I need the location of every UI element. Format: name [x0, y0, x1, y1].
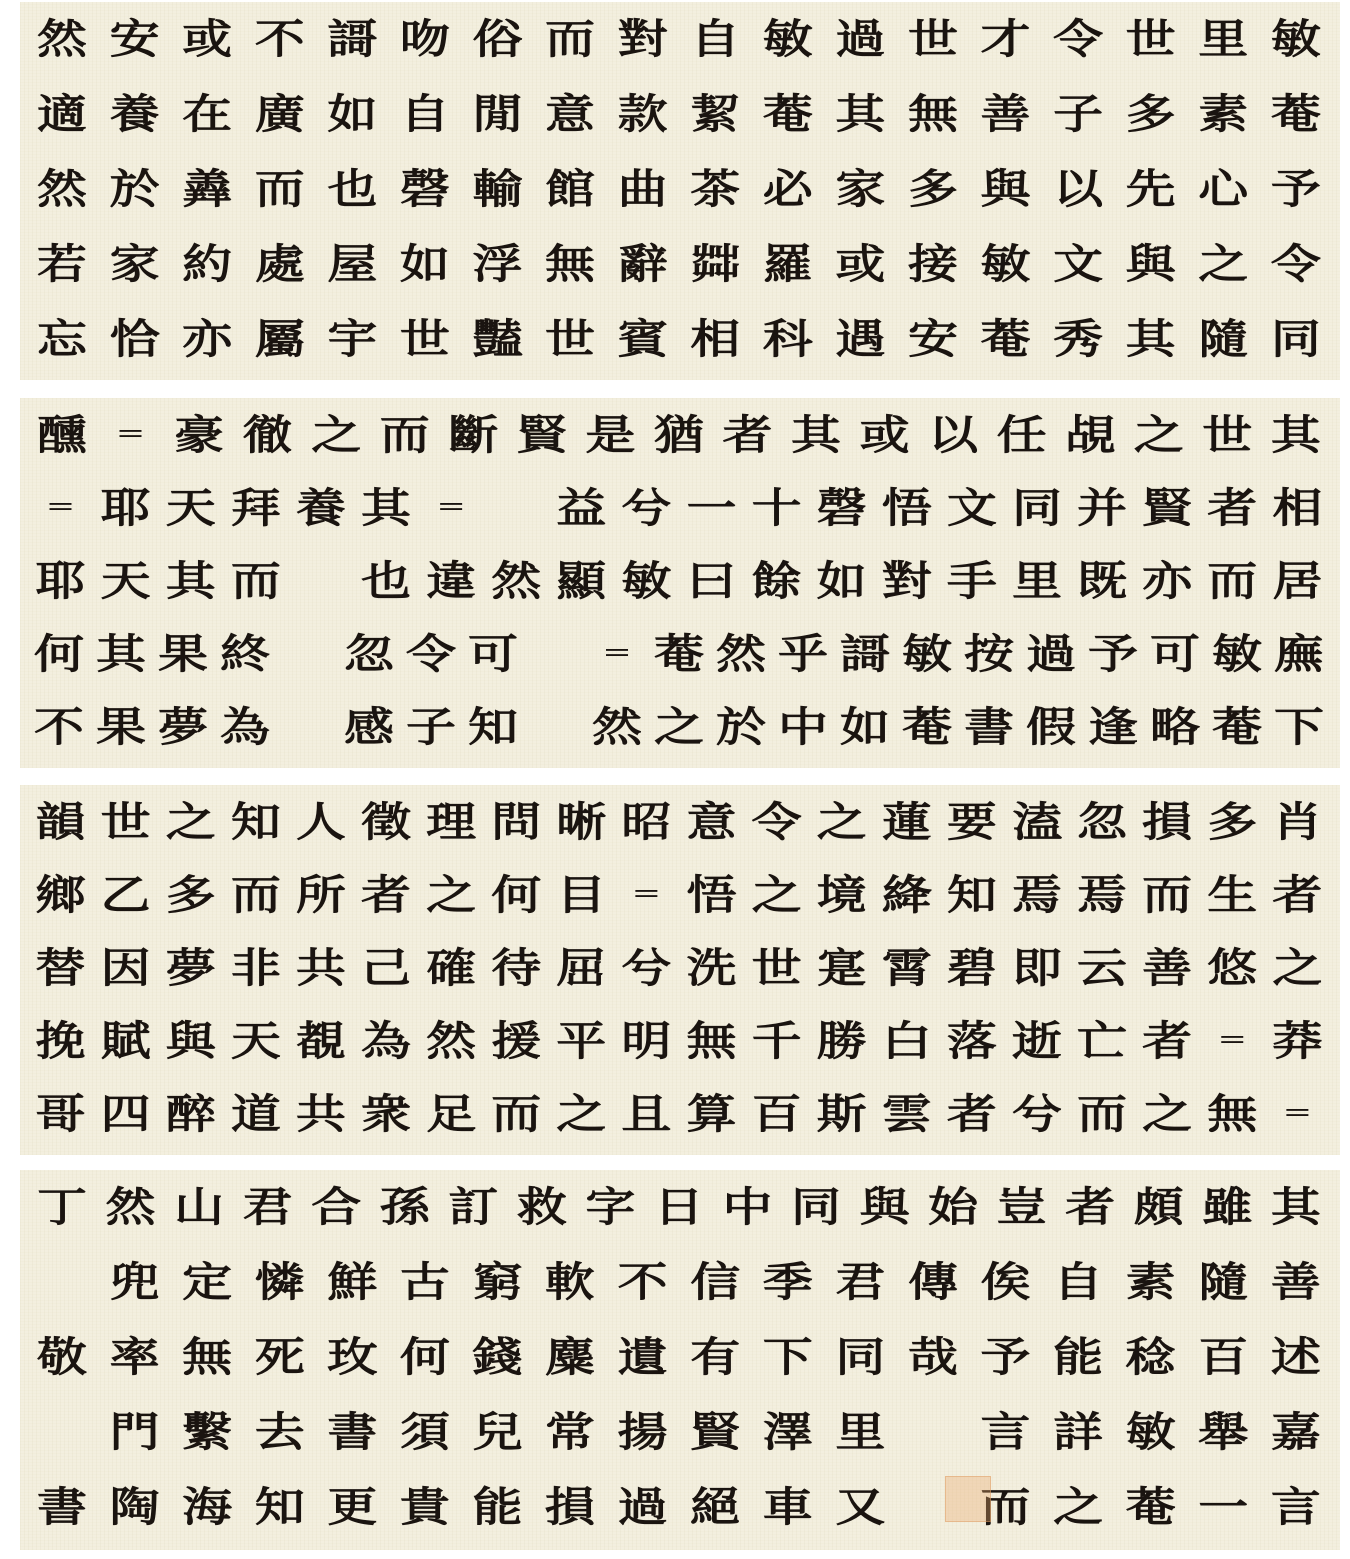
calligraphy-character: 兮	[614, 939, 679, 996]
calligraphy-character: 多	[1200, 793, 1265, 850]
calligraphy-character: 合	[302, 1178, 370, 1235]
calligraphy-character: 舉	[1189, 1403, 1257, 1460]
calligraphy-character: 按	[958, 625, 1020, 682]
calligraphy-character: 素	[1117, 1253, 1185, 1310]
calligraphy-character: 斷	[439, 406, 507, 463]
calligraphy-character: 其	[826, 85, 894, 142]
calligraphy-character: 死	[246, 1328, 314, 1385]
calligraphy-character: 以	[1044, 160, 1112, 217]
calligraphy-character: 敬	[28, 1328, 96, 1385]
calligraphy-character: 雲	[874, 1085, 939, 1142]
calligraphy-character: 之	[744, 866, 809, 923]
calligraphy-character: ＝	[614, 866, 679, 923]
calligraphy-character: 其	[90, 625, 152, 682]
calligraphy-character: 乎	[772, 625, 834, 682]
calligraphy-character: 兜	[101, 1253, 169, 1310]
calligraphy-character: 者	[1135, 1012, 1200, 1069]
calligraphy-character: 知	[939, 866, 1004, 923]
calligraphy-character: 忽	[338, 625, 400, 682]
calligraphy-character: 即	[1004, 939, 1069, 996]
text-row: 何其果終 忽令可 ＝菴然乎謌敏按過予可敏廡	[20, 619, 1340, 689]
calligraphy-character: 之	[1265, 939, 1330, 996]
calligraphy-character: 書	[318, 1403, 386, 1460]
calligraphy-character: 善	[1135, 939, 1200, 996]
calligraphy-character: 意	[536, 85, 604, 142]
calligraphy-character: 溘	[1004, 793, 1069, 850]
calligraphy-character: 同	[826, 1328, 894, 1385]
calligraphy-character: 共	[288, 1085, 353, 1142]
calligraphy-character: 秀	[1044, 310, 1112, 367]
calligraphy-character: 安	[899, 310, 967, 367]
calligraphy-character: 悠	[1200, 939, 1265, 996]
calligraphy-panel-4: 丁然山君合孫訂救字日中同與始豈者頗雖其 兜定憐鮮古窮軟不信季君傳俟自素隨善 敬率…	[20, 1170, 1340, 1550]
calligraphy-character: 遇	[826, 310, 894, 367]
calligraphy-character: 哥	[28, 1085, 93, 1142]
calligraphy-character: ＝	[97, 406, 165, 463]
calligraphy-character: 落	[939, 1012, 1004, 1069]
calligraphy-character: 問	[484, 793, 549, 850]
calligraphy-character: 十	[744, 479, 809, 536]
text-row: 書陶海知更貴能損過絕車又 而之菴一言	[20, 1472, 1340, 1542]
calligraphy-character: 之	[648, 698, 710, 755]
calligraphy-character: 賢	[1135, 479, 1200, 536]
calligraphy-character: 輸	[463, 160, 531, 217]
calligraphy-character: 與	[851, 1178, 919, 1235]
calligraphy-character: 無	[173, 1328, 241, 1385]
text-row: 醺＝豪徹之而斷賢是猶者其或以任覘之世其	[20, 400, 1340, 470]
calligraphy-character: 始	[919, 1178, 987, 1235]
calligraphy-character: 不	[609, 1253, 677, 1310]
calligraphy-character: 猶	[645, 406, 713, 463]
calligraphy-character: 須	[391, 1403, 459, 1460]
calligraphy-character: 同	[782, 1178, 850, 1235]
calligraphy-character: 門	[101, 1403, 169, 1460]
calligraphy-character: 軟	[536, 1253, 604, 1310]
calligraphy-character: 其	[1262, 1178, 1330, 1235]
calligraphy-character: 文	[1044, 235, 1112, 292]
calligraphy-character: 言	[1262, 1478, 1330, 1535]
calligraphy-character: 曰	[679, 552, 744, 609]
calligraphy-panel-3: 韻世之知人徵理問晰昭意令之蓮要溘忽損多肖 鄉乙多而所者之何目＝悟之境絳知焉焉而生…	[20, 785, 1340, 1155]
calligraphy-character: 其	[1262, 406, 1330, 463]
calligraphy-character: 略	[1144, 698, 1206, 755]
calligraphy-character: 車	[754, 1478, 822, 1535]
calligraphy-character: 敏	[754, 10, 822, 67]
calligraphy-character: ＝	[1265, 1085, 1330, 1142]
calligraphy-character: 而	[246, 160, 314, 217]
calligraphy-character: 能	[463, 1478, 531, 1535]
calligraphy-character: 隨	[1189, 310, 1257, 367]
calligraphy-character: 洗	[679, 939, 744, 996]
calligraphy-character: 家	[101, 235, 169, 292]
calligraphy-panel-1: 然安或不謌吻俗而對自敏過世才令世里敏 適養在廣如自閒意款絜菴其無善子多素菴 然於…	[20, 2, 1340, 380]
calligraphy-character: 知	[462, 698, 524, 755]
calligraphy-character: 才	[972, 10, 1040, 67]
calligraphy-character: 自	[391, 85, 459, 142]
calligraphy-character: 昭	[614, 793, 679, 850]
calligraphy-character: 亦	[1135, 552, 1200, 609]
calligraphy-character: 衆	[353, 1085, 418, 1142]
calligraphy-character: 者	[1056, 1178, 1124, 1235]
calligraphy-character: 自	[1044, 1253, 1112, 1310]
calligraphy-character: 世	[1117, 10, 1185, 67]
calligraphy-character: 賢	[508, 406, 576, 463]
calligraphy-character: 世	[744, 939, 809, 996]
calligraphy-character: 待	[484, 939, 549, 996]
calligraphy-character: 醺	[28, 406, 96, 463]
calligraphy-character: 多	[899, 160, 967, 217]
calligraphy-character: 終	[214, 625, 276, 682]
calligraphy-character: 里	[1004, 552, 1069, 609]
calligraphy-character: 多	[1117, 85, 1185, 142]
calligraphy-character: 敏	[972, 235, 1040, 292]
calligraphy-character: 詳	[1044, 1403, 1112, 1460]
calligraphy-character: 世	[899, 10, 967, 67]
calligraphy-character: 悟	[679, 866, 744, 923]
calligraphy-character: 之	[809, 793, 874, 850]
calligraphy-character: 顯	[549, 552, 614, 609]
calligraphy-character: 信	[681, 1253, 749, 1310]
calligraphy-character: 或	[173, 10, 241, 67]
calligraphy-character: 敏	[896, 625, 958, 682]
calligraphy-character: 之	[1125, 406, 1193, 463]
text-row: 丁然山君合孫訂救字日中同與始豈者頗雖其	[20, 1172, 1340, 1242]
calligraphy-character: 家	[826, 160, 894, 217]
calligraphy-character: 辭	[609, 235, 677, 292]
calligraphy-character: 蓮	[874, 793, 939, 850]
calligraphy-character: ＝	[1200, 1012, 1265, 1069]
calligraphy-character: 心	[1189, 160, 1257, 217]
text-row: 耶天其而 也違然顯敏曰餘如對手里既亦而居	[20, 546, 1340, 616]
calligraphy-character: ＝	[28, 479, 93, 536]
calligraphy-character: 感	[338, 698, 400, 755]
calligraphy-character: 與	[972, 160, 1040, 217]
text-row: 鄉乙多而所者之何目＝悟之境絳知焉焉而生者	[20, 860, 1340, 930]
calligraphy-character: 謌	[318, 10, 386, 67]
text-row: 不果夢為 感子知 然之於中如菴書假逢略菴下	[20, 692, 1340, 762]
calligraphy-character: 足	[419, 1085, 484, 1142]
calligraphy-character: 悟	[874, 479, 939, 536]
calligraphy-character: 百	[744, 1085, 809, 1142]
calligraphy-character: 霄	[874, 939, 939, 996]
calligraphy-character: 俗	[463, 10, 531, 67]
calligraphy-character: 不	[28, 698, 90, 755]
calligraphy-character: 菴	[1206, 698, 1268, 755]
text-row: 若家約處屋如浮無辭茻羅或接敏文與之令	[20, 229, 1340, 299]
calligraphy-character: 莽	[1265, 1012, 1330, 1069]
calligraphy-character: 接	[899, 235, 967, 292]
calligraphy-character: 以	[919, 406, 987, 463]
calligraphy-character: 廣	[246, 85, 314, 142]
calligraphy-character: 之	[1189, 235, 1257, 292]
calligraphy-character: 徹	[234, 406, 302, 463]
calligraphy-character: 世	[536, 310, 604, 367]
calligraphy-character: 道	[223, 1085, 288, 1142]
calligraphy-character: 日	[645, 1178, 713, 1235]
calligraphy-character: 可	[1144, 625, 1206, 682]
calligraphy-character: 山	[165, 1178, 233, 1235]
calligraphy-character: 一	[679, 479, 744, 536]
calligraphy-character: 君	[234, 1178, 302, 1235]
calligraphy-character: 天	[158, 479, 223, 536]
calligraphy-character: 絳	[874, 866, 939, 923]
calligraphy-character: 韻	[28, 793, 93, 850]
calligraphy-character: 因	[93, 939, 158, 996]
calligraphy-character: 令	[1044, 10, 1112, 67]
calligraphy-character: 豔	[463, 310, 531, 367]
calligraphy-character: 然	[419, 1012, 484, 1069]
calligraphy-character: 并	[1070, 479, 1135, 536]
calligraphy-character: 里	[1189, 10, 1257, 67]
calligraphy-character: 之	[1135, 1085, 1200, 1142]
calligraphy-character: 然	[97, 1178, 165, 1235]
text-row: 忘恰亦屬宇世豔世賓相科遇安菴秀其隨同	[20, 304, 1340, 374]
calligraphy-character: 無	[536, 235, 604, 292]
calligraphy-character: 徵	[353, 793, 418, 850]
calligraphy-character: 境	[809, 866, 874, 923]
calligraphy-character: 憐	[246, 1253, 314, 1310]
calligraphy-character: 算	[679, 1085, 744, 1142]
calligraphy-character: 者	[939, 1085, 1004, 1142]
calligraphy-character: 損	[1135, 793, 1200, 850]
calligraphy-character: 如	[318, 85, 386, 142]
calligraphy-character: 於	[101, 160, 169, 217]
calligraphy-character: 乙	[93, 866, 158, 923]
calligraphy-character: 寔	[809, 939, 874, 996]
text-row: 挽賦與天覩為然援平明無千勝白落逝亡者＝莽	[20, 1006, 1340, 1076]
calligraphy-character: 無	[679, 1012, 744, 1069]
calligraphy-character: 善	[972, 85, 1040, 142]
calligraphy-character: 然	[28, 160, 96, 217]
calligraphy-character: 所	[288, 866, 353, 923]
calligraphy-character: 繫	[173, 1403, 241, 1460]
calligraphy-character: 千	[744, 1012, 809, 1069]
calligraphy-character: 焉	[1004, 866, 1069, 923]
text-row: 適養在廣如自閒意款絜菴其無善子多素菴	[20, 79, 1340, 149]
calligraphy-character: 逢	[1082, 698, 1144, 755]
calligraphy-character: 嘉	[1262, 1403, 1330, 1460]
calligraphy-character: 何	[391, 1328, 459, 1385]
calligraphy-character: 更	[318, 1478, 386, 1535]
calligraphy-character: 予	[972, 1328, 1040, 1385]
calligraphy-character: 款	[609, 85, 677, 142]
calligraphy-character: 覘	[1056, 406, 1124, 463]
calligraphy-character: 羅	[754, 235, 822, 292]
calligraphy-character: 賦	[93, 1012, 158, 1069]
calligraphy-character: 過	[1020, 625, 1082, 682]
calligraphy-character: 己	[353, 939, 418, 996]
calligraphy-character: 救	[508, 1178, 576, 1235]
calligraphy-character: 鮮	[318, 1253, 386, 1310]
text-row: 兜定憐鮮古窮軟不信季君傳俟自素隨善	[20, 1247, 1340, 1317]
calligraphy-character: 處	[246, 235, 314, 292]
calligraphy-character: 遺	[609, 1328, 677, 1385]
calligraphy-character: 逝	[1004, 1012, 1069, 1069]
calligraphy-character: 天	[223, 1012, 288, 1069]
calligraphy-character: 菴	[1117, 1478, 1185, 1535]
calligraphy-character: 若	[28, 235, 96, 292]
calligraphy-character: 中	[772, 698, 834, 755]
calligraphy-character: 要	[939, 793, 1004, 850]
calligraphy-character: 而	[223, 552, 288, 609]
calligraphy-character: 雖	[1193, 1178, 1261, 1235]
calligraphy-character: 適	[28, 85, 96, 142]
text-row: 門繫去書須兒常揚賢澤里 言詳敏舉嘉	[20, 1397, 1340, 1467]
calligraphy-character: 貴	[391, 1478, 459, 1535]
calligraphy-character: 違	[419, 552, 484, 609]
calligraphy-character: 然	[710, 625, 772, 682]
calligraphy-character: 玫	[318, 1328, 386, 1385]
calligraphy-character: 為	[214, 698, 276, 755]
calligraphy-character: 果	[152, 625, 214, 682]
calligraphy-character: 菴	[1262, 85, 1330, 142]
calligraphy-character: 而	[1135, 866, 1200, 923]
calligraphy-character: 絜	[681, 85, 749, 142]
calligraphy-character: ＝	[419, 479, 484, 536]
calligraphy-character: 拜	[223, 479, 288, 536]
calligraphy-character: 知	[246, 1478, 314, 1535]
calligraphy-character: 共	[288, 939, 353, 996]
calligraphy-character: 益	[549, 479, 614, 536]
calligraphy-character: 假	[1020, 698, 1082, 755]
calligraphy-character: 世	[391, 310, 459, 367]
calligraphy-character: 任	[988, 406, 1056, 463]
calligraphy-character: 賢	[681, 1403, 749, 1460]
calligraphy-character: 也	[353, 552, 418, 609]
calligraphy-character: 澤	[754, 1403, 822, 1460]
calligraphy-character: 書	[958, 698, 1020, 755]
calligraphy-character: 世	[1193, 406, 1261, 463]
calligraphy-character: 生	[1200, 866, 1265, 923]
calligraphy-character: 俟	[972, 1253, 1040, 1310]
calligraphy-character: 者	[353, 866, 418, 923]
calligraphy-character: 字	[576, 1178, 644, 1235]
calligraphy-character: 書	[28, 1478, 96, 1535]
calligraphy-character: 者	[713, 406, 781, 463]
calligraphy-character: 然	[484, 552, 549, 609]
calligraphy-character: 約	[173, 235, 241, 292]
calligraphy-character: 其	[782, 406, 850, 463]
calligraphy-panel-2: 醺＝豪徹之而斷賢是猶者其或以任覘之世其 ＝耶天拜養其＝ 益兮一十磬悟文同并賢者相…	[20, 398, 1340, 768]
calligraphy-character: 於	[710, 698, 772, 755]
calligraphy-character: 言	[972, 1403, 1040, 1460]
calligraphy-character: 率	[101, 1328, 169, 1385]
calligraphy-character: 敏	[1117, 1403, 1185, 1460]
calligraphy-character: 陶	[101, 1478, 169, 1535]
calligraphy-character: 亡	[1070, 1012, 1135, 1069]
calligraphy-character: 其	[1117, 310, 1185, 367]
calligraphy-character: 兮	[1004, 1085, 1069, 1142]
calligraphy-character: 晰	[549, 793, 614, 850]
calligraphy-character: 而	[223, 866, 288, 923]
calligraphy-character: 而	[1200, 552, 1265, 609]
calligraphy-character: 非	[223, 939, 288, 996]
calligraphy-character: 菴	[754, 85, 822, 142]
calligraphy-character: 海	[173, 1478, 241, 1535]
calligraphy-character: 賓	[609, 310, 677, 367]
text-row: ＝耶天拜養其＝ 益兮一十磬悟文同并賢者相	[20, 473, 1340, 543]
calligraphy-character: 者	[1265, 866, 1330, 923]
calligraphy-character: 謌	[834, 625, 896, 682]
calligraphy-character: 科	[754, 310, 822, 367]
calligraphy-character: 予	[1082, 625, 1144, 682]
calligraphy-character: 或	[826, 235, 894, 292]
calligraphy-character: 訂	[439, 1178, 507, 1235]
calligraphy-character: 去	[246, 1403, 314, 1460]
calligraphy-character: 君	[826, 1253, 894, 1310]
calligraphy-character: 然	[586, 698, 648, 755]
calligraphy-character: 夢	[152, 698, 214, 755]
calligraphy-character: 覩	[288, 1012, 353, 1069]
calligraphy-character: 麋	[536, 1328, 604, 1385]
calligraphy-character: 耶	[28, 552, 93, 609]
calligraphy-character: 人	[288, 793, 353, 850]
calligraphy-character: 菴	[896, 698, 958, 755]
calligraphy-character: 菴	[972, 310, 1040, 367]
calligraphy-character: 季	[754, 1253, 822, 1310]
calligraphy-character: 敏	[614, 552, 679, 609]
calligraphy-character: 善	[1262, 1253, 1330, 1310]
text-row: 然安或不謌吻俗而對自敏過世才令世里敏	[20, 4, 1340, 74]
calligraphy-character: 世	[93, 793, 158, 850]
calligraphy-character: 亦	[173, 310, 241, 367]
calligraphy-character: 可	[462, 625, 524, 682]
calligraphy-character: 下	[754, 1328, 822, 1385]
calligraphy-character: 常	[536, 1403, 604, 1460]
calligraphy-character: 而	[371, 406, 439, 463]
calligraphy-character: 其	[158, 552, 223, 609]
calligraphy-character: 也	[318, 160, 386, 217]
calligraphy-character: 定	[173, 1253, 241, 1310]
calligraphy-character: 一	[1189, 1478, 1257, 1535]
calligraphy-character: 既	[1070, 552, 1135, 609]
calligraphy-character: 必	[754, 160, 822, 217]
calligraphy-character: 揚	[609, 1403, 677, 1460]
calligraphy-character: 是	[576, 406, 644, 463]
calligraphy-character: 閒	[463, 85, 531, 142]
calligraphy-character: 館	[536, 160, 604, 217]
calligraphy-character: 平	[549, 1012, 614, 1069]
calligraphy-character: 隨	[1189, 1253, 1257, 1310]
calligraphy-character: 中	[713, 1178, 781, 1235]
calligraphy-character: 在	[173, 85, 241, 142]
calligraphy-character: 與	[1117, 235, 1185, 292]
calligraphy-character: 者	[1200, 479, 1265, 536]
calligraphy-character: 白	[874, 1012, 939, 1069]
calligraphy-character: 予	[1262, 160, 1330, 217]
calligraphy-character: 斯	[809, 1085, 874, 1142]
calligraphy-character: 然	[28, 10, 96, 67]
text-row: 韻世之知人徵理問晰昭意令之蓮要溘忽損多肖	[20, 787, 1340, 857]
calligraphy-character: 令	[1262, 235, 1330, 292]
calligraphy-character: 磬	[391, 160, 459, 217]
text-row: 然於羴而也磬輸館曲茶必家多與以先心予	[20, 154, 1340, 224]
calligraphy-character: 確	[419, 939, 484, 996]
calligraphy-character: 養	[288, 479, 353, 536]
calligraphy-character: 援	[484, 1012, 549, 1069]
calligraphy-character: 四	[93, 1085, 158, 1142]
calligraphy-character: 為	[353, 1012, 418, 1069]
calligraphy-character: 無	[899, 85, 967, 142]
calligraphy-character: 羴	[173, 160, 241, 217]
calligraphy-character: 對	[609, 10, 677, 67]
calligraphy-character: 宇	[318, 310, 386, 367]
calligraphy-character: 磬	[809, 479, 874, 536]
calligraphy-character: 里	[826, 1403, 894, 1460]
calligraphy-character: 手	[939, 552, 1004, 609]
calligraphy-character: 相	[681, 310, 749, 367]
calligraphy-character: 與	[158, 1012, 223, 1069]
